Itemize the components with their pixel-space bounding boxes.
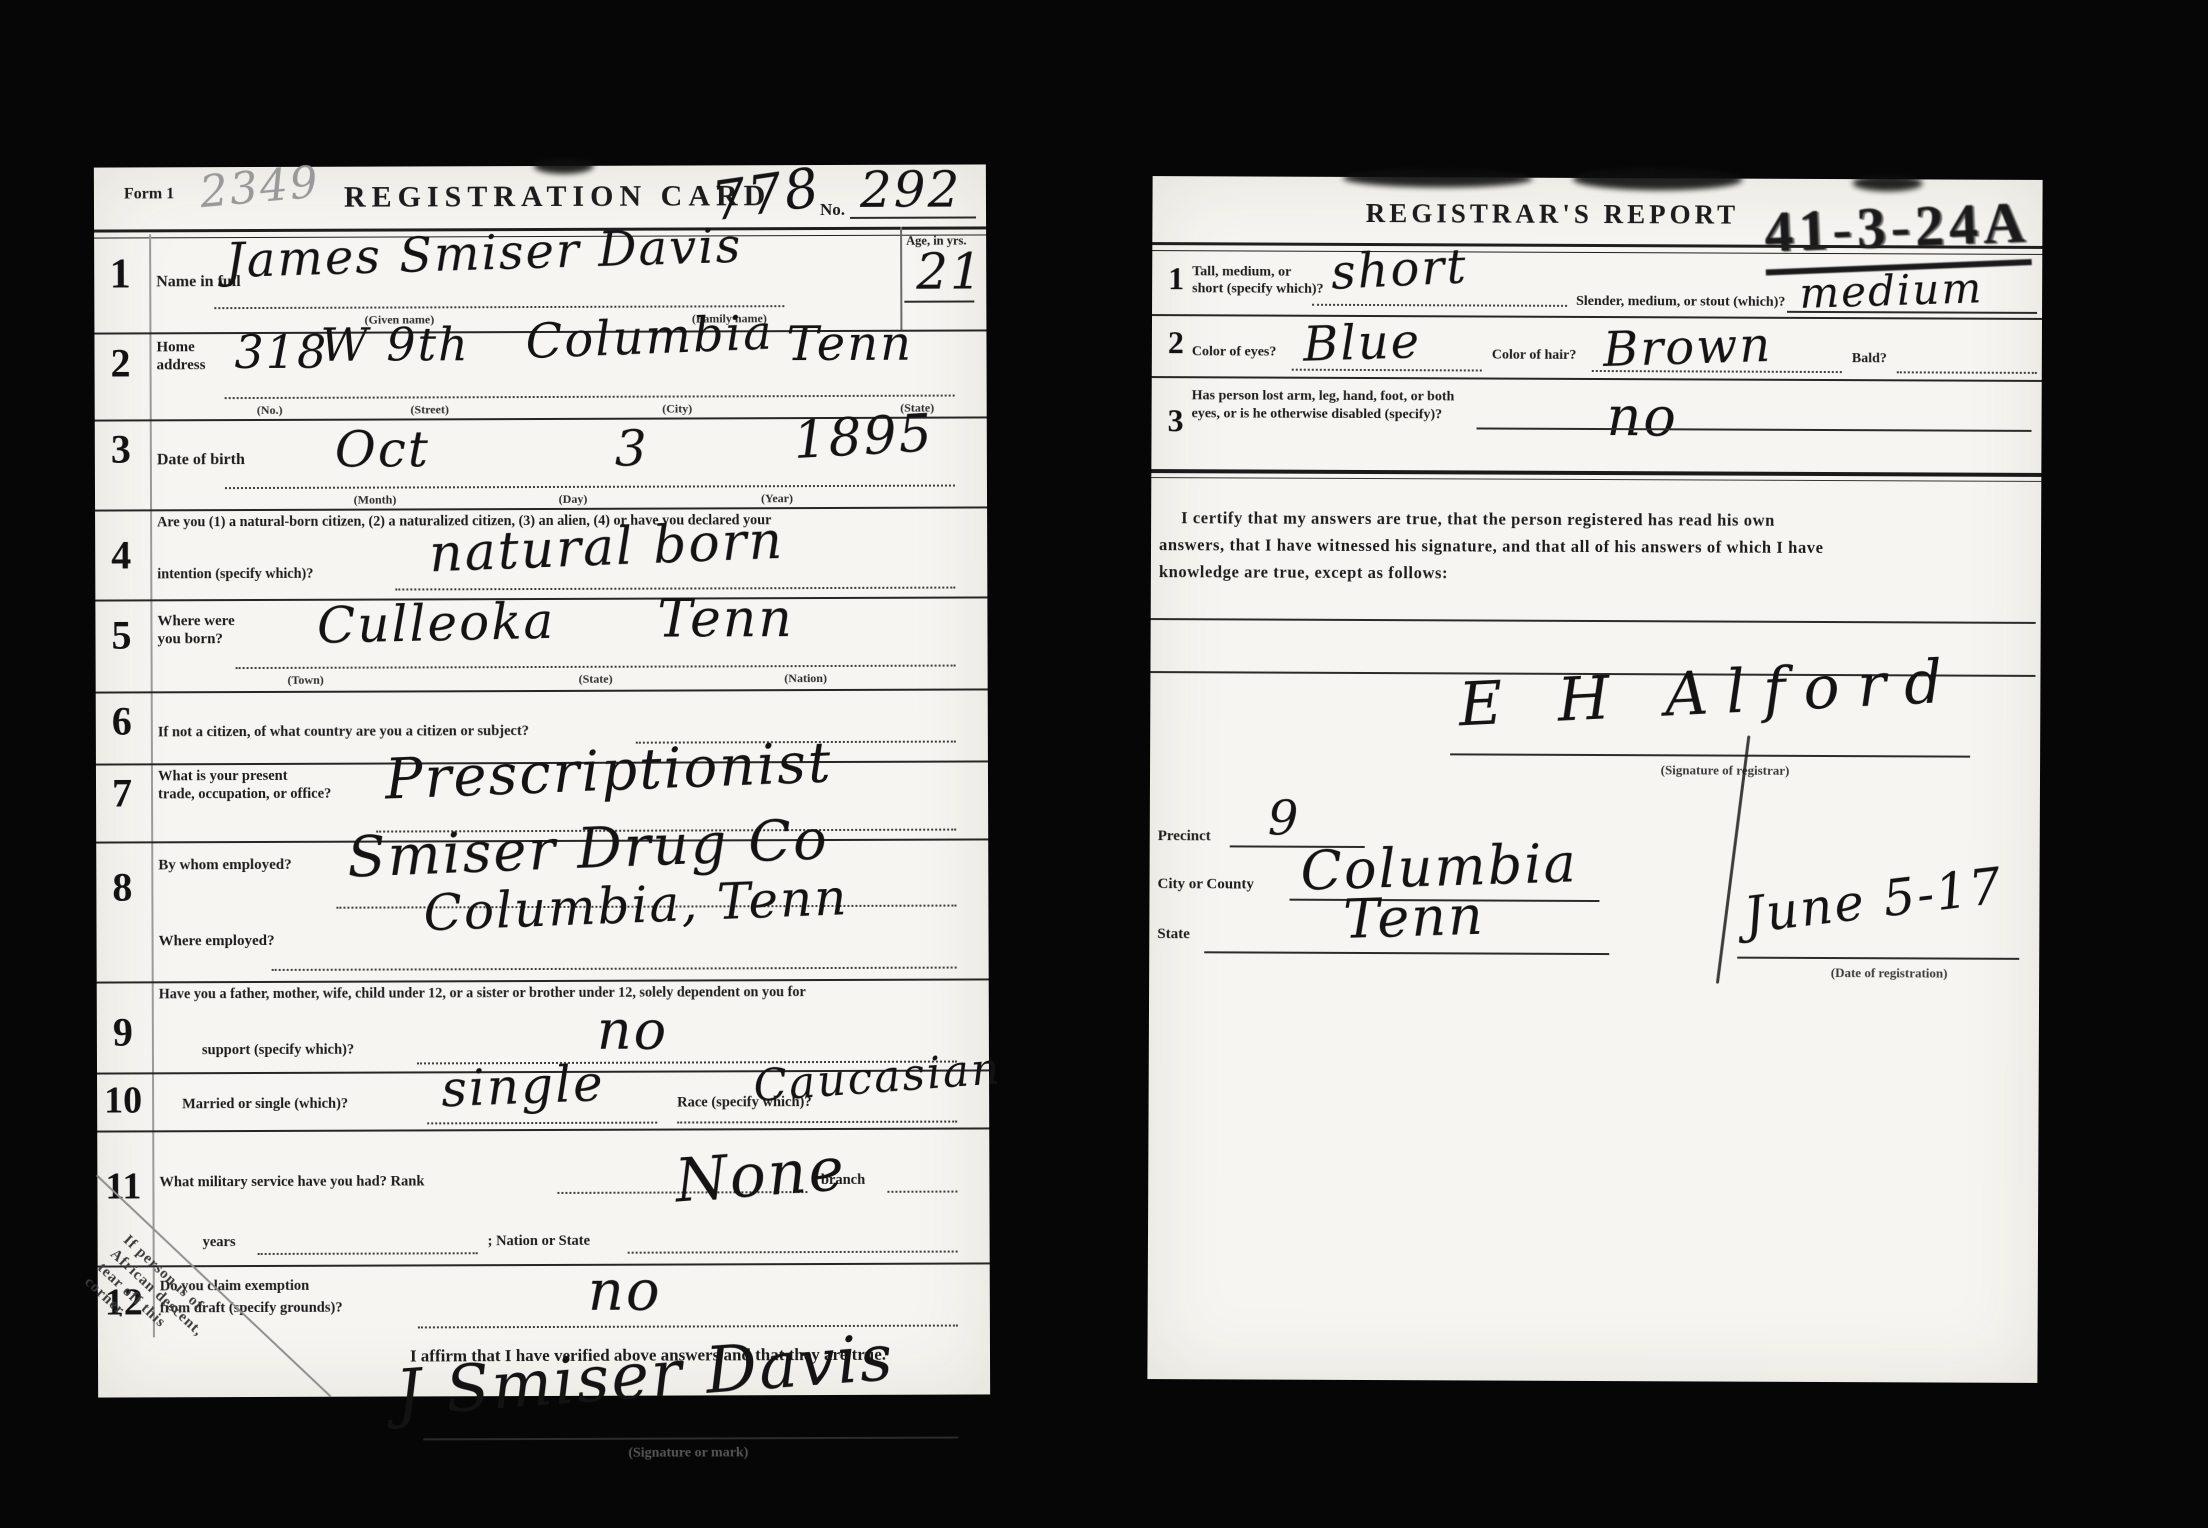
answer-line [258,1252,478,1255]
home-address-label-1: Home [156,339,194,356]
scan-smudge [534,158,594,174]
row-number: 9 [99,1012,147,1052]
registration-date-value: June 5-17 [1741,860,2005,940]
build-label: Slender, medium, or stout (which)? [1576,294,1785,310]
row-number: 10 [99,1081,147,1119]
row-number: 4 [97,535,145,575]
answer-line [1477,427,2032,431]
exemption-value: no [588,1264,662,1320]
disability-value: no [1606,390,1678,444]
disability-question-line2: eyes, or is he otherwise disabled (speci… [1192,406,1443,422]
build-value: medium [1799,267,1984,315]
divider [98,1262,990,1267]
exception-line [1151,618,2036,624]
citizen-value: natural born [428,515,785,581]
registrant-signature: J Smiser Davis [394,1326,897,1426]
certify-text-line2: answers, that I have witnessed his signa… [1159,536,1824,557]
registrars-report-card: REGISTRAR'S REPORT 41-3-24A 1 Tall, medi… [1147,176,2042,1383]
birth-year-value: 1895 [792,407,935,467]
answer-line [1204,951,1609,955]
born-label-1: Where were [157,613,234,630]
answer-line [225,485,955,490]
state-value: Tenn [1343,889,1486,947]
divider [900,227,902,330]
hair-value: Brown [1602,321,1773,374]
precinct-value: 9 [1268,795,1301,843]
signature-line [1450,753,1970,757]
not-citizen-question: If not a citizen, of what country are yo… [158,724,529,741]
answer-line [677,1121,957,1124]
home-address-label-2: address [157,357,206,374]
height-label-2: short (specify which)? [1192,281,1324,297]
state-label: State [1157,926,1190,943]
divider [95,506,987,511]
answer-line [236,665,956,670]
married-label: Married or single (which)? [182,1097,348,1114]
answer-line [1312,304,1567,307]
answer-line [1897,371,2037,374]
birth-label: Date of birth [157,451,245,469]
scan-smudge [1853,175,1923,191]
answer-line [887,1191,957,1193]
divider [96,688,988,693]
military-value: None [673,1139,848,1211]
name-value: James Smiser Davis [225,222,743,285]
address-city-value: Columbia [525,309,775,366]
divider [850,216,976,218]
year-sublabel: (Year) [707,491,847,506]
married-value: single [440,1058,605,1114]
certify-text-line3: knowledge are true, except as follows: [1159,563,1448,582]
row-number: 7 [98,773,146,813]
card-title: REGISTRATION CARD [344,179,764,213]
registrar-signature-caption: (Signature of registrar) [1580,762,1870,779]
town-sublabel: (Town) [236,673,376,688]
trade-label-1: What is your present [158,769,288,785]
answer-line [225,395,955,400]
precinct-label: Precinct [1158,828,1211,845]
serial-stamp: 41-3-24A [1763,188,2031,275]
registration-card: Form 1 2349 REGISTRATION CARD 778 No. 29… [94,164,990,1397]
pencil-serial-number: 2349 [198,160,321,215]
birth-day-value: 3 [615,424,649,474]
military-label: What military service have you had? Rank [159,1174,424,1191]
nation-state-label: ; Nation or State [488,1234,590,1250]
row-number: 1 [96,253,144,295]
race-value: Caucasian [752,1047,1003,1109]
born-label-2: you born? [157,631,222,648]
registration-date-caption: (Date of registration) [1789,965,1989,982]
day-sublabel: (Day) [503,492,643,507]
divider [149,234,155,1337]
scanned-draft-card-image: Form 1 2349 REGISTRATION CARD 778 No. 29… [0,0,2208,1528]
divider [1151,469,2041,482]
address-street-value: W 9th [320,321,469,368]
hair-label: Color of hair? [1492,348,1577,364]
state-sublabel: (State) [526,672,666,687]
row-number: 6 [98,701,146,741]
dependent-question-line1: Have you a father, mother, wife, child u… [159,985,806,1003]
answer-line [628,1251,958,1254]
answer-line [904,300,974,302]
month-sublabel: (Month) [305,492,445,507]
height-value: short [1330,242,1469,297]
city-sublabel: (City) [615,401,740,416]
born-town-value: Culleoka [316,596,555,651]
answer-line [427,1122,657,1125]
signature-line [423,1437,958,1441]
dependent-value: no [597,1004,668,1058]
years-label: years [203,1235,236,1251]
signature-caption: (Signature or mark) [538,1445,838,1462]
bald-label: Bald? [1852,351,1887,367]
nation-sublabel: (Nation) [736,671,876,686]
dependent-question-line2: support (specify which)? [202,1043,354,1059]
address-state-value: Tenn [786,320,913,368]
trade-value: Prescriptionist [384,735,833,808]
row-number: 2 [96,343,144,383]
no-sublabel: (No.) [235,403,305,418]
divider [1152,376,2042,382]
scan-smudge [1343,169,1533,188]
born-state-value: Tenn [657,593,794,645]
age-value: 21 [916,246,984,296]
card-number-label: No. [820,201,845,220]
disability-question-line1: Has person lost arm, leg, hand, foot, or… [1192,388,1455,405]
tear-corner-note: If person is of African descent, tear of… [80,1231,220,1368]
eyes-value: Blue [1302,317,1421,369]
street-sublabel: (Street) [365,402,495,417]
trade-label-2: trade, occupation, or office? [158,787,331,804]
eyes-label: Color of eyes? [1192,344,1277,360]
scan-smudge [1573,168,1743,191]
answer-line [1737,957,2019,960]
employed-where-label: Where employed? [159,933,275,950]
employed-where-value: Columbia, Tenn [423,872,850,938]
certify-text-line1: I certify that my answers are true, that… [1181,509,1775,530]
divider [1152,314,2042,320]
form-label: Form 1 [124,185,174,203]
height-label-1: Tall, medium, or [1192,264,1291,280]
city-county-label: City or County [1158,876,1254,893]
registrar-signature: E H Alford [1457,651,1962,735]
citizen-question-line2: intention (specify which)? [157,567,313,583]
card-number-value: 292 [860,165,962,215]
divider [97,1127,989,1132]
birth-month-value: Oct [335,424,430,474]
employed-by-label: By whom employed? [158,857,291,874]
report-title: REGISTRAR'S REPORT [1332,199,1772,231]
row-number: 5 [97,615,145,655]
row-number: 3 [97,429,145,469]
divider [97,978,989,983]
row-number: 8 [98,867,146,907]
address-no-value: 318 [234,329,328,375]
answer-line [272,967,957,971]
